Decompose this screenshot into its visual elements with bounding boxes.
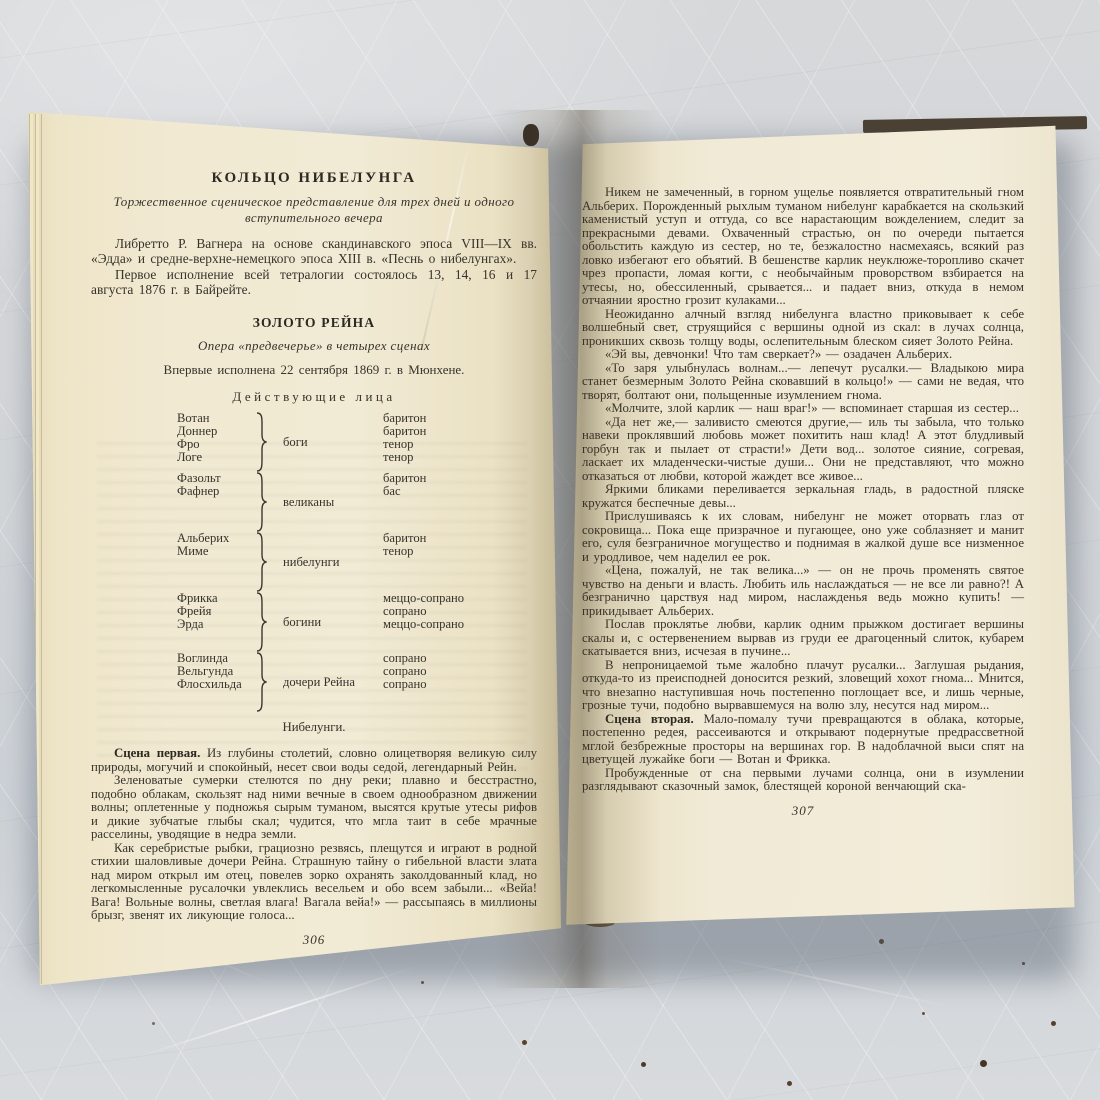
cast-names-column: ФазольтФафнер [177,472,255,532]
cast-voices-column: сопраносопраносопрано [383,652,427,712]
scratch-specks [0,0,3,3]
paragraph: Прислушиваясь к их словам, нибелунг не м… [582,510,1024,564]
open-book: КОЛЬЦО НИБЕЛУНГА Торжественное сценическ… [25,110,1075,988]
brace-icon [255,472,269,532]
brace-icon [255,532,269,592]
cast-group: ФазольтФафнер великаны баритонбас [177,472,537,532]
cast-voice: тенор [383,545,426,558]
paragraph: «Цена, пожалуй, не так велика...» — он н… [582,564,1024,618]
paragraph: Послав проклятье любви, карлик одним пры… [582,618,1024,659]
brace-icon [255,412,269,472]
paragraph: В непроницаемой тьме жалобно плачут руса… [582,659,1024,713]
cast-voices-column: меццо-сопраносопраномеццо-сопрано [383,592,464,652]
cast-group-label: богини [283,592,361,652]
cast-group-label: боги [283,412,361,472]
paragraph: Сцена вторая. Мало-помалу тучи превращаю… [582,713,1024,767]
opera-subtitle: Опера «предвечерье» в четырех сценах [91,338,537,354]
paragraph: Яркими бликами переливается зеркальная г… [582,483,1024,510]
paragraph: Как серебристые рыбки, грациозно резвясь… [91,842,537,923]
right-page-text: Никем не замеченный, в горном ущелье поя… [582,186,1024,794]
cast-voices-column: баритонтенор [383,532,426,592]
paragraph: Зеленоватые сумерки стелются по дну реки… [91,774,537,842]
paragraph: «Эй вы, девчонки! Что там сверкает?» — о… [582,348,1024,362]
intro-paragraphs: Либретто Р. Вагнера на основе скандинавс… [91,236,537,298]
cast-name: Миме [177,545,255,558]
cast-voices-column: баритонбас [383,472,426,532]
cast-voice: сопрано [383,678,427,691]
paragraph: «Молчите, злой карлик — наш враг!» — всп… [582,402,1024,416]
cast-names-column: АльберихМиме [177,532,255,592]
scene-one-text: Сцена первая. Из глубины столетий, словн… [91,747,537,923]
paragraph: Сцена первая. Из глубины столетий, словн… [91,747,537,774]
cast-names-column: ФриккаФрейяЭрда [177,592,255,652]
opera-title: ЗОЛОТО РЕЙНА [91,315,537,331]
cast-voice: меццо-сопрано [383,618,464,631]
paragraph: «То заря улыбнулась волнам...— лепечут р… [582,362,1024,403]
book-section-subtitle: Торжественное сценическое представление … [91,194,537,225]
brace-icon [255,652,269,712]
cast-group: ВотанДоннерФроЛоге боги баритонбаритонте… [177,412,537,472]
cast-voices-column: баритонбаритонтенортенор [383,412,426,472]
cast-group: ВоглиндаВельгундаФлосхильда дочери Рейна… [177,652,537,712]
right-page: Никем не замеченный, в горном ущелье поя… [560,110,1075,988]
cast-group-label: великаны [283,472,361,532]
brace-icon [255,592,269,652]
page-number-right: 307 [582,803,1024,819]
left-page: КОЛЬЦО НИБЕЛУНГА Торжественное сценическ… [25,110,561,988]
cast-group: ФриккаФрейяЭрда богини меццо-сопраносопр… [177,592,537,652]
cast-list: ВотанДоннерФроЛоге боги баритонбаритонте… [177,412,537,712]
cast-name: Логе [177,451,255,464]
cast-footer: Нибелунги. [91,720,537,735]
paragraph: Неожиданно алчный взгляд нибелунга власт… [582,308,1024,349]
cast-group-label: дочери Рейна [283,652,361,712]
cast-group: АльберихМиме нибелунги баритонтенор [177,532,537,592]
paragraph: Пробужденные от сна первыми лучами солнц… [582,767,1024,794]
premiere-line: Впервые исполнена 22 сентября 1869 г. в … [91,362,537,378]
cast-names-column: ВоглиндаВельгундаФлосхильда [177,652,255,712]
cast-header: Действующие лица [91,389,537,405]
paragraph: Первое исполнение всей тетралогии состоя… [91,267,537,298]
photo-background: КОЛЬЦО НИБЕЛУНГА Торжественное сценическ… [0,0,1100,1100]
paragraph: Либретто Р. Вагнера на основе скандинавс… [91,236,537,267]
paragraph: Никем не замеченный, в горном ущелье поя… [582,186,1024,308]
spine-top-edge [523,124,539,146]
cast-name: Флосхильда [177,678,255,691]
cast-name: Эрда [177,618,255,631]
cast-name: Фафнер [177,485,255,498]
paragraph: «Да нет же,— заливисто смеются другие,— … [582,416,1024,484]
cast-voice: бас [383,485,426,498]
cast-names-column: ВотанДоннерФроЛоге [177,412,255,472]
cast-voice: тенор [383,451,426,464]
book-section-title: КОЛЬЦО НИБЕЛУНГА [91,170,537,187]
cast-group-label: нибелунги [283,532,361,592]
